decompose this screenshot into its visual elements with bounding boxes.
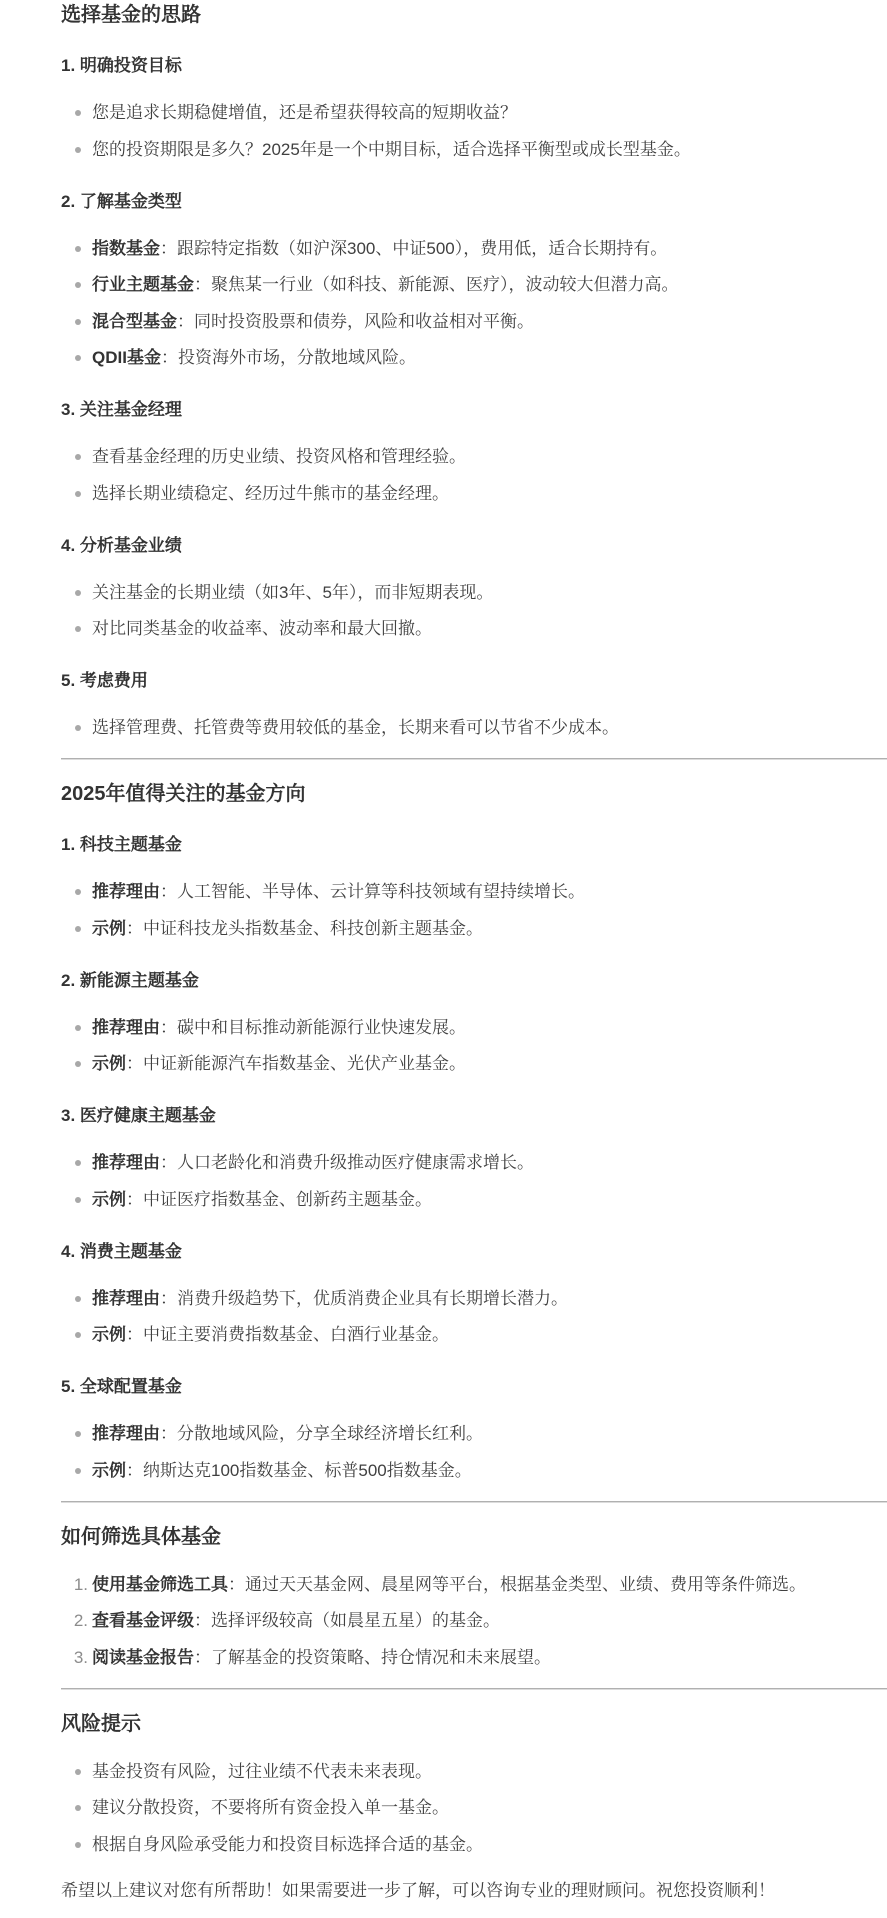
item-term: 推荐理由 <box>92 1289 160 1308</box>
bullet-icon <box>75 1296 81 1302</box>
item-number: 3. <box>61 1645 88 1671</box>
item-text: ：纳斯达克100指数基金、标普500指数基金。 <box>126 1461 472 1480</box>
item-text: ：投资海外市场，分散地域风险。 <box>161 348 416 367</box>
bullet-list: 查看基金经理的历史业绩、投资风格和管理经验。 选择长期业绩稳定、经历过牛熊市的基… <box>61 444 887 507</box>
list-item: 推荐理由：分散地域风险，分享全球经济增长红利。 <box>61 1421 887 1447</box>
bullet-icon <box>75 1197 81 1203</box>
bullet-icon <box>75 1160 81 1166</box>
list-item: 您是追求长期稳健增值，还是希望获得较高的短期收益？ <box>61 100 887 126</box>
list-item: 示例：中证科技龙头指数基金、科技创新主题基金。 <box>61 916 887 942</box>
item-number: 1. <box>61 1572 88 1598</box>
item-term: 示例 <box>92 1190 126 1209</box>
bullet-icon <box>75 1842 81 1848</box>
bullet-icon <box>75 147 81 153</box>
bullet-icon <box>75 926 81 932</box>
item-term: 混合型基金 <box>92 312 177 331</box>
item-term: 阅读基金报告 <box>92 1648 194 1667</box>
bullet-list: 推荐理由：消费升级趋势下，优质消费企业具有长期增长潜力。 示例：中证主要消费指数… <box>61 1286 887 1349</box>
item-text: ：消费升级趋势下，优质消费企业具有长期增长潜力。 <box>160 1289 568 1308</box>
item-text: ：跟踪特定指数（如沪深300、中证500），费用低，适合长期持有。 <box>160 239 667 258</box>
item-text: 查看基金经理的历史业绩、投资风格和管理经验。 <box>92 447 466 466</box>
item-text: 对比同类基金的收益率、波动率和最大回撤。 <box>92 619 432 638</box>
item-term: 行业主题基金 <box>92 275 194 294</box>
numbered-list: 1.使用基金筛选工具：通过天天基金网、晨星网等平台，根据基金类型、业绩、费用等条… <box>61 1572 887 1671</box>
item-text: ：中证主要消费指数基金、白酒行业基金。 <box>126 1325 449 1344</box>
subsection-heading: 2. 新能源主题基金 <box>61 968 887 994</box>
bullet-list: 推荐理由：分散地域风险，分享全球经济增长红利。 示例：纳斯达克100指数基金、标… <box>61 1421 887 1484</box>
bullet-icon <box>75 1061 81 1067</box>
section-title: 风险提示 <box>61 1709 887 1739</box>
item-term: 推荐理由 <box>92 1153 160 1172</box>
bullet-icon <box>75 491 81 497</box>
item-text: 选择长期业绩稳定、经历过牛熊市的基金经理。 <box>92 484 449 503</box>
bullet-list: 推荐理由：人口老龄化和消费升级推动医疗健康需求增长。 示例：中证医疗指数基金、创… <box>61 1150 887 1213</box>
list-item: 基金投资有风险，过往业绩不代表未来表现。 <box>61 1759 887 1785</box>
list-item: QDII基金：投资海外市场，分散地域风险。 <box>61 345 887 371</box>
bullet-icon <box>75 626 81 632</box>
list-item: 示例：中证主要消费指数基金、白酒行业基金。 <box>61 1322 887 1348</box>
subsection-heading: 1. 科技主题基金 <box>61 832 887 858</box>
numbered-list-item: 1.使用基金筛选工具：通过天天基金网、晨星网等平台，根据基金类型、业绩、费用等条… <box>61 1572 887 1598</box>
section-title: 2025年值得关注的基金方向 <box>61 779 887 809</box>
item-text: ：中证科技龙头指数基金、科技创新主题基金。 <box>126 919 483 938</box>
item-term: QDII基金 <box>92 348 161 367</box>
subsection-heading: 5. 全球配置基金 <box>61 1374 887 1400</box>
item-text: ：选择评级较高（如晨星五星）的基金。 <box>194 1611 500 1630</box>
list-item: 行业主题基金：聚焦某一行业（如科技、新能源、医疗），波动较大但潜力高。 <box>61 272 887 298</box>
bullet-icon <box>75 454 81 460</box>
response-content: 选择基金的思路 1. 明确投资目标 您是追求长期稳健增值，还是希望获得较高的短期… <box>0 0 887 1918</box>
item-term: 推荐理由 <box>92 1018 160 1037</box>
list-item: 推荐理由：碳中和目标推动新能源行业快速发展。 <box>61 1015 887 1041</box>
item-text: ：通过天天基金网、晨星网等平台，根据基金类型、业绩、费用等条件筛选。 <box>228 1575 806 1594</box>
item-term: 示例 <box>92 1054 126 1073</box>
bullet-icon <box>75 1025 81 1031</box>
divider <box>61 1501 887 1503</box>
list-item: 混合型基金：同时投资股票和债券，风险和收益相对平衡。 <box>61 309 887 335</box>
item-text: 建议分散投资，不要将所有资金投入单一基金。 <box>92 1798 449 1817</box>
bullet-list: 基金投资有风险，过往业绩不代表未来表现。 建议分散投资，不要将所有资金投入单一基… <box>61 1759 887 1858</box>
bullet-list: 关注基金的长期业绩（如3年、5年），而非短期表现。 对比同类基金的收益率、波动率… <box>61 580 887 643</box>
item-term: 推荐理由 <box>92 1424 160 1443</box>
list-item: 推荐理由：消费升级趋势下，优质消费企业具有长期增长潜力。 <box>61 1286 887 1312</box>
item-text: ：同时投资股票和债券，风险和收益相对平衡。 <box>177 312 534 331</box>
numbered-list-item: 3.阅读基金报告：了解基金的投资策略、持仓情况和未来展望。 <box>61 1645 887 1671</box>
item-text: ：碳中和目标推动新能源行业快速发展。 <box>160 1018 466 1037</box>
item-term: 示例 <box>92 1461 126 1480</box>
bullet-icon <box>75 1332 81 1338</box>
item-text: 根据自身风险承受能力和投资目标选择合适的基金。 <box>92 1835 483 1854</box>
bullet-icon <box>75 725 81 731</box>
divider <box>61 1688 887 1690</box>
item-text: ：中证医疗指数基金、创新药主题基金。 <box>126 1190 432 1209</box>
subsection-heading: 4. 分析基金业绩 <box>61 533 887 559</box>
list-item: 示例：中证医疗指数基金、创新药主题基金。 <box>61 1187 887 1213</box>
list-item: 指数基金：跟踪特定指数（如沪深300、中证500），费用低，适合长期持有。 <box>61 236 887 262</box>
list-item: 选择管理费、托管费等费用较低的基金，长期来看可以节省不少成本。 <box>61 715 887 741</box>
item-text: 您的投资期限是多久？2025年是一个中期目标，适合选择平衡型或成长型基金。 <box>92 140 691 159</box>
item-term: 查看基金评级 <box>92 1611 194 1630</box>
item-text: ：人口老龄化和消费升级推动医疗健康需求增长。 <box>160 1153 534 1172</box>
subsection-heading: 1. 明确投资目标 <box>61 53 887 79</box>
subsection-heading: 3. 关注基金经理 <box>61 397 887 423</box>
bullet-icon <box>75 282 81 288</box>
item-text: 关注基金的长期业绩（如3年、5年），而非短期表现。 <box>92 583 493 602</box>
section-title: 如何筛选具体基金 <box>61 1522 887 1552</box>
list-item: 您的投资期限是多久？2025年是一个中期目标，适合选择平衡型或成长型基金。 <box>61 137 887 163</box>
bullet-icon <box>75 1805 81 1811</box>
subsection-heading: 3. 医疗健康主题基金 <box>61 1103 887 1129</box>
bullet-list: 选择管理费、托管费等费用较低的基金，长期来看可以节省不少成本。 <box>61 715 887 741</box>
list-item: 查看基金经理的历史业绩、投资风格和管理经验。 <box>61 444 887 470</box>
subsection-heading: 2. 了解基金类型 <box>61 189 887 215</box>
bullet-list: 您是追求长期稳健增值，还是希望获得较高的短期收益？ 您的投资期限是多久？2025… <box>61 100 887 163</box>
bullet-icon <box>75 246 81 252</box>
bullet-list: 推荐理由：碳中和目标推动新能源行业快速发展。 示例：中证新能源汽车指数基金、光伏… <box>61 1015 887 1078</box>
closing-paragraph: 希望以上建议对您有所帮助！如果需要进一步了解，可以咨询专业的理财顾问。祝您投资顺… <box>61 1878 887 1904</box>
item-number: 2. <box>61 1608 88 1634</box>
item-term: 示例 <box>92 1325 126 1344</box>
item-text: ：中证新能源汽车指数基金、光伏产业基金。 <box>126 1054 466 1073</box>
bullet-icon <box>75 1468 81 1474</box>
list-item: 关注基金的长期业绩（如3年、5年），而非短期表现。 <box>61 580 887 606</box>
item-text: ：人工智能、半导体、云计算等科技领域有望持续增长。 <box>160 882 585 901</box>
item-text: ：分散地域风险，分享全球经济增长红利。 <box>160 1424 483 1443</box>
item-text: 选择管理费、托管费等费用较低的基金，长期来看可以节省不少成本。 <box>92 718 619 737</box>
list-item: 对比同类基金的收益率、波动率和最大回撤。 <box>61 616 887 642</box>
list-item: 选择长期业绩稳定、经历过牛熊市的基金经理。 <box>61 481 887 507</box>
bullet-icon <box>75 1769 81 1775</box>
list-item: 根据自身风险承受能力和投资目标选择合适的基金。 <box>61 1832 887 1858</box>
bullet-icon <box>75 110 81 116</box>
list-item: 示例：中证新能源汽车指数基金、光伏产业基金。 <box>61 1051 887 1077</box>
subsection-heading: 5. 考虑费用 <box>61 668 887 694</box>
list-item: 建议分散投资，不要将所有资金投入单一基金。 <box>61 1795 887 1821</box>
bullet-icon <box>75 1431 81 1437</box>
item-term: 示例 <box>92 919 126 938</box>
section-title: 选择基金的思路 <box>61 0 887 30</box>
numbered-list-item: 2.查看基金评级：选择评级较高（如晨星五星）的基金。 <box>61 1608 887 1634</box>
bullet-list: 推荐理由：人工智能、半导体、云计算等科技领域有望持续增长。 示例：中证科技龙头指… <box>61 879 887 942</box>
item-text: ：聚焦某一行业（如科技、新能源、医疗），波动较大但潜力高。 <box>194 275 679 294</box>
list-item: 推荐理由：人工智能、半导体、云计算等科技领域有望持续增长。 <box>61 879 887 905</box>
bullet-icon <box>75 590 81 596</box>
list-item: 示例：纳斯达克100指数基金、标普500指数基金。 <box>61 1458 887 1484</box>
item-text: 您是追求长期稳健增值，还是希望获得较高的短期收益？ <box>92 103 517 122</box>
list-item: 推荐理由：人口老龄化和消费升级推动医疗健康需求增长。 <box>61 1150 887 1176</box>
item-text: 基金投资有风险，过往业绩不代表未来表现。 <box>92 1762 432 1781</box>
bullet-list: 指数基金：跟踪特定指数（如沪深300、中证500），费用低，适合长期持有。 行业… <box>61 236 887 372</box>
bullet-icon <box>75 355 81 361</box>
item-term: 使用基金筛选工具 <box>92 1575 228 1594</box>
bullet-icon <box>75 889 81 895</box>
divider <box>61 758 887 760</box>
bullet-icon <box>75 319 81 325</box>
subsection-heading: 4. 消费主题基金 <box>61 1239 887 1265</box>
item-term: 推荐理由 <box>92 882 160 901</box>
item-text: ：了解基金的投资策略、持仓情况和未来展望。 <box>194 1648 551 1667</box>
item-term: 指数基金 <box>92 239 160 258</box>
